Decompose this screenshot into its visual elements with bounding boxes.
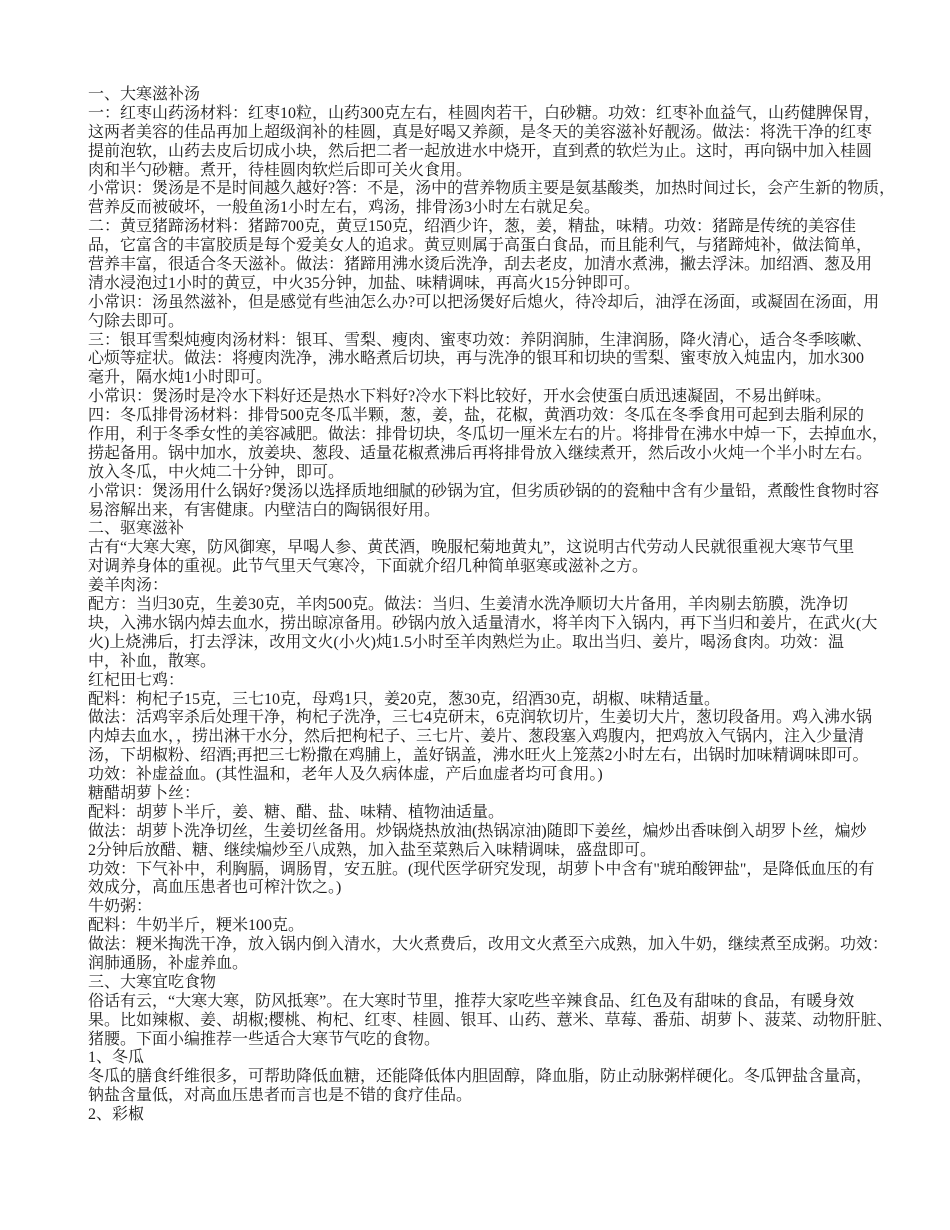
text-line: 做法：活鸡宰杀后处理干净，枸杞子洗净，三七4克研末，6克润软切片，生姜切大片，葱… <box>88 709 888 728</box>
text-line: 作用，利于冬季女性的美容减肥。做法：排骨切块，冬瓜切一厘米左右的片。将排骨在沸水… <box>88 426 888 445</box>
text-line: 牛奶粥： <box>88 898 888 917</box>
text-line: 营养丰富，很适合冬天滋补。做法：猪蹄用沸水烫后洗净，刮去老皮，加清水煮沸，撇去浮… <box>88 256 888 275</box>
document-body: 一、大寒滋补汤一：红枣山药汤材料：红枣10粒，山药300克左右，桂圆肉若干，白砂… <box>88 86 888 1125</box>
text-line: 内焯去血水，，捞出淋干水分，然后把枸杞子、三七片、姜片、葱段塞入鸡腹内，把鸡放入… <box>88 728 888 747</box>
text-line: 对调养身体的重视。此节气里天气寒冷，下面就介绍几种简单驱寒或滋补之方。 <box>88 558 888 577</box>
text-line: 易溶解出来，有害健康。内壁洁白的陶锅很好用。 <box>88 502 888 521</box>
text-line: 毫升，隔水炖1小时即可。 <box>88 369 888 388</box>
text-line: 勺除去即可。 <box>88 313 888 332</box>
text-line: 二：黄豆猪蹄汤材料：猪蹄700克，黄豆150克，绍酒少许，葱，姜，精盐，味精。功… <box>88 218 888 237</box>
text-line: 这两者美容的佳品再加上超级润补的桂圆，真是好喝又养颜，是冬天的美容滋补好靓汤。做… <box>88 124 888 143</box>
text-line: 功效：下气补中，利胸膈，调肠胃，安五脏。(现代医学研究发现，胡萝卜中含有"琥珀酸… <box>88 861 888 880</box>
text-line: 中，补血，散寒。 <box>88 653 888 672</box>
text-line: 火)上烧沸后，打去浮沫，改用文火(小火)炖1.5小时至羊肉熟烂为止。取出当归、姜… <box>88 634 888 653</box>
text-line: 红杞田七鸡： <box>88 672 888 691</box>
text-line: 做法：粳米掏洗干净，放入锅内倒入清水，大火煮费后，改用文火煮至六成熟，加入牛奶，… <box>88 936 888 955</box>
text-line: 捞起备用。锅中加水，放姜块、葱段、适量花椒煮沸后再将排骨放入继续煮开，然后改小火… <box>88 445 888 464</box>
text-line: 2、彩椒 <box>88 1106 888 1125</box>
text-line: 小常识：煲汤用什么锅好?煲汤以选择质地细腻的砂锅为宜，但劣质砂锅的的瓷釉中含有少… <box>88 483 888 502</box>
text-line: 放入冬瓜，中火炖二十分钟，即可。 <box>88 464 888 483</box>
text-line: 配料：牛奶半斤，粳米100克。 <box>88 917 888 936</box>
text-line: 提前泡软，山药去皮后切成小块，然后把二者一起放进水中烧开，直到煮的软烂为止。这时… <box>88 143 888 162</box>
text-line: 小常识：煲汤是不是时间越久越好?答：不是，汤中的营养物质主要是氨基酸类，加热时间… <box>88 180 888 199</box>
text-line: 猪腰。下面小编推荐一些适合大寒节气吃的食物。 <box>88 1031 888 1050</box>
text-line: 小常识：汤虽然滋补，但是感觉有些油怎么办?可以把汤煲好后熄火，待冷却后，油浮在汤… <box>88 294 888 313</box>
text-line: 二、驱寒滋补 <box>88 520 888 539</box>
text-line: 营养反而被破坏，一般鱼汤1小时左右，鸡汤，排骨汤3小时左右就足矣。 <box>88 199 888 218</box>
text-line: 三：银耳雪梨炖瘦肉汤材料：银耳、雪梨、瘦肉、蜜枣功效：养阴润肺，生津润肠，降火清… <box>88 332 888 351</box>
text-line: 配方：当归30克，生姜30克，羊肉500克。做法：当归、生姜清水洗净顺切大片备用… <box>88 596 888 615</box>
text-line: 效成分，高血压患者也可榨汁饮之。) <box>88 879 888 898</box>
text-line: 古有“大寒大寒，防风御寒，早喝人参、黄芪酒，晚服杞菊地黄丸”，这说明古代劳动人民… <box>88 539 888 558</box>
text-line: 心烦等症状。做法：将瘦肉洗净，沸水略煮后切块，再与洗净的银耳和切块的雪梨、蜜枣放… <box>88 350 888 369</box>
text-line: 肉和半勺砂糖。煮开，待桂圆肉软烂后即可关火食用。 <box>88 162 888 181</box>
text-line: 品，它富含的丰富胶质是每个爱美女人的追求。黄豆则属于高蛋白食品，而且能利气，与猪… <box>88 237 888 256</box>
text-line: 钠盐含量低，对高血压患者而言也是不错的食疗佳品。 <box>88 1087 888 1106</box>
text-line: 2分钟后放醋、糖、继续煸炒至八成熟，加入盐至菜熟后入味精调味，盛盘即可。 <box>88 842 888 861</box>
text-line: 配料：枸杞子15克，三七10克，母鸡1只，姜20克，葱30克，绍酒30克，胡椒、… <box>88 691 888 710</box>
text-line: 三、大寒宜吃食物 <box>88 974 888 993</box>
text-line: 润肺通肠，补虚养血。 <box>88 955 888 974</box>
text-line: 俗话有云，“大寒大寒，防风抵寒”。在大寒时节里，推荐大家吃些辛辣食品、红色及有甜… <box>88 993 888 1012</box>
text-line: 冬瓜的膳食纤维很多，可帮助降低血糖，还能降低体内胆固醇，降血脂，防止动脉粥样硬化… <box>88 1068 888 1087</box>
text-line: 四：冬瓜排骨汤材料：排骨500克冬瓜半颗，葱，姜，盐，花椒，黄酒功效：冬瓜在冬季… <box>88 407 888 426</box>
text-line: 汤，下胡椒粉、绍酒;再把三七粉撒在鸡脯上，盖好锅盖，沸水旺火上笼蒸2小时左右，出… <box>88 747 888 766</box>
text-line: 一、大寒滋补汤 <box>88 86 888 105</box>
text-line: 小常识：煲汤时是冷水下料好还是热水下料好?冷水下料比较好，开水会使蛋白质迅速凝固… <box>88 388 888 407</box>
text-line: 一：红枣山药汤材料：红枣10粒，山药300克左右，桂圆肉若干，白砂糖。功效：红枣… <box>88 105 888 124</box>
text-line: 功效：补虚益血。(其性温和，老年人及久病体虚，产后血虚者均可食用。) <box>88 766 888 785</box>
text-line: 块，入沸水锅内焯去血水，捞出晾凉备用。砂锅内放入适量清水，将羊肉下入锅内，再下当… <box>88 615 888 634</box>
text-line: 做法：胡萝卜洗净切丝，生姜切丝备用。炒锅烧热放油(热锅凉油)随即下姜丝，煸炒出香… <box>88 823 888 842</box>
text-line: 姜羊肉汤： <box>88 577 888 596</box>
text-line: 1、冬瓜 <box>88 1049 888 1068</box>
text-line: 果。比如辣椒、姜、胡椒;樱桃、枸杞、红枣、桂圆、银耳、山药、薏米、草莓、番茄、胡… <box>88 1012 888 1031</box>
text-line: 清水浸泡过1小时的黄豆，中火35分钟，加盐、味精调味，再高火15分钟即可。 <box>88 275 888 294</box>
text-line: 糖醋胡萝卜丝： <box>88 785 888 804</box>
text-line: 配料：胡萝卜半斤，姜、糖、醋、盐、味精、植物油适量。 <box>88 804 888 823</box>
